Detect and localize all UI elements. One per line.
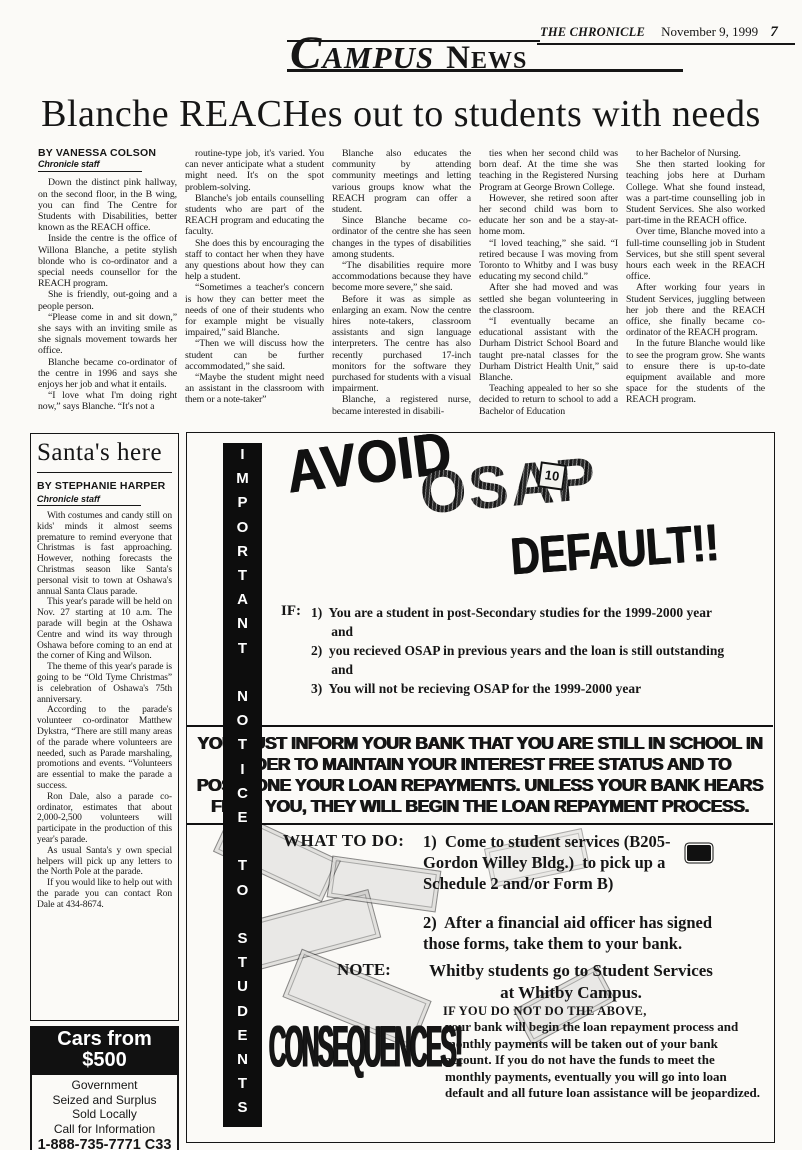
paragraph: and xyxy=(311,660,761,679)
column-text: ties when her second child was born deaf… xyxy=(479,148,618,417)
osap-notice-ad: I M P O R T A N T N O T I C E T O S T U … xyxy=(186,432,775,1143)
paragraph: Teaching appealed to her so she decided … xyxy=(479,383,618,417)
paragraph: “Sometimes a teacher's concern is how th… xyxy=(185,282,324,338)
consequences-text: your bank will begin the loan repayment … xyxy=(445,1019,763,1102)
paragraph: She is friendly, out-going and a people … xyxy=(38,289,177,311)
paragraph: “I love what I'm doing right now,” says … xyxy=(38,390,177,412)
money-icon xyxy=(687,845,711,861)
important-notice-vertical-banner: I M P O R T A N T N O T I C E T O S T U … xyxy=(223,443,262,1127)
byline-name: BY STEPHANIE HARPER xyxy=(37,480,165,492)
paper-name: THE CHRONICLE xyxy=(540,25,645,40)
paragraph: “Please come in and sit down,” she says … xyxy=(38,312,177,357)
page-number: 7 xyxy=(770,24,778,41)
paragraph: “Then we will discuss how the student ca… xyxy=(185,338,324,372)
paragraph: Government xyxy=(33,1078,176,1093)
if-conditions-section: IF: 1) You are a student in post-Seconda… xyxy=(281,603,761,698)
osap-title: OSAP xyxy=(417,443,600,527)
column-text: Blanche also educates the community by a… xyxy=(332,148,471,417)
santa-article-box: Santa's here BY STEPHANIE HARPER Chronic… xyxy=(30,433,179,1021)
running-head: THE CHRONICLE November 9, 1999 7 xyxy=(540,24,790,41)
section-title: CAMPUS xyxy=(290,26,434,80)
if-label: IF: xyxy=(281,603,311,698)
paragraph: However, she retired soon after her seco… xyxy=(479,193,618,238)
paragraph: This year's parade will be held on Nov. … xyxy=(37,597,172,662)
article-column-4: ties when her second child was born deaf… xyxy=(479,148,618,430)
bank-warning-banner: YOU MUST INFORM YOUR BANK THAT YOU ARE S… xyxy=(187,725,773,825)
paragraph: After she had moved and was settled she … xyxy=(479,282,618,316)
paragraph: Blanche, a registered nurse, became inte… xyxy=(332,394,471,416)
cars-ad-body: GovernmentSeized and SurplusSold Locally… xyxy=(30,1075,179,1150)
paragraph: Inside the centre is the office of Willo… xyxy=(38,233,177,289)
article-column-2: routine-type job, it's varied. You can n… xyxy=(185,148,324,430)
paragraph: Since Blanche became co-ordinator of the… xyxy=(332,215,471,260)
paragraph: She then started looking for teaching jo… xyxy=(626,159,765,226)
paragraph: “Maybe the student might need an assista… xyxy=(185,372,324,406)
what-to-do-label: WHAT TO DO: xyxy=(283,831,423,972)
paragraph: ties when her second child was born deaf… xyxy=(479,148,618,193)
cars-ad-header: Cars from $500 xyxy=(30,1026,179,1075)
paragraph: If you would like to help out with the p… xyxy=(37,878,172,910)
paragraph: Blanche's job entails counselling studen… xyxy=(185,193,324,238)
byline-role: Chronicle staff xyxy=(38,159,142,172)
paragraph: 2) you recieved OSAP in previous years a… xyxy=(311,641,761,660)
paragraph: Seized and Surplus xyxy=(33,1093,176,1108)
paragraph: The theme of this year's parade is going… xyxy=(37,662,172,705)
article-column-3: Blanche also educates the community by a… xyxy=(332,148,471,430)
paragraph: 1) Come to student services (B205-Gordon… xyxy=(423,831,723,894)
article-headline: Blanche REACHes out to students with nee… xyxy=(0,92,802,136)
paragraph: and xyxy=(311,622,761,641)
cars-ad-lines: GovernmentSeized and SurplusSold Locally… xyxy=(33,1078,176,1136)
paragraph: to her Bachelor of Nursing. xyxy=(626,148,765,159)
masthead-rule-bottom xyxy=(287,69,683,72)
paragraph: Before it was as simple as enlarging an … xyxy=(332,294,471,395)
note-text: Whitby students go to Student Services a… xyxy=(421,960,721,1004)
cars-ad-title-line2: $500 xyxy=(30,1050,179,1071)
paragraph: Blanche also educates the community by a… xyxy=(332,148,471,215)
what-to-do-section: WHAT TO DO: 1) Come to student services … xyxy=(283,831,723,972)
note-label: NOTE: xyxy=(337,960,391,980)
paragraph: With costumes and candy still on kids' m… xyxy=(37,511,172,597)
santa-article-text: With costumes and candy still on kids' m… xyxy=(37,511,172,910)
if-conditions-list: 1) You are a student in post-Secondary s… xyxy=(311,603,761,698)
paragraph: Ron Dale, also a parade co-ordinator, es… xyxy=(37,792,172,846)
paragraph: She does this by encouraging the staff t… xyxy=(185,238,324,283)
paragraph: In the future Blanche would like to see … xyxy=(626,338,765,405)
paragraph: 2) After a financial aid officer has sig… xyxy=(423,912,723,954)
byline: BY VANESSA COLSON Chronicle staff xyxy=(38,148,177,172)
paragraph: “The disabilities require more accommoda… xyxy=(332,260,471,294)
column-text: routine-type job, it's varied. You can n… xyxy=(185,148,324,406)
ten-dollar-badge: 10 xyxy=(537,461,566,490)
paragraph: Blanche became co-ordinator of the centr… xyxy=(38,357,177,391)
paragraph: 3) You will not be recieving OSAP for th… xyxy=(311,679,761,698)
cars-ad-phone: 1-888-735-7771 C33 xyxy=(33,1137,176,1150)
paragraph: Sold Locally xyxy=(33,1107,176,1122)
paragraph: Down the distinct pink hallway, on the s… xyxy=(38,177,177,233)
paragraph: “I loved teaching,” she said. “I retired… xyxy=(479,238,618,283)
cars-classified-ad: Cars from $500 GovernmentSeized and Surp… xyxy=(30,1026,179,1150)
paragraph: Over time, Blanche moved into a full-tim… xyxy=(626,226,765,282)
article-columns: BY VANESSA COLSON Chronicle staff Down t… xyxy=(38,148,765,430)
cars-ad-title-line1: Cars from xyxy=(30,1029,179,1050)
paragraph: Call for Information xyxy=(33,1122,176,1137)
paragraph: After working four years in Student Serv… xyxy=(626,282,765,338)
section-masthead: CAMPUS NEWS xyxy=(290,26,527,72)
column-text: to her Bachelor of Nursing.She then star… xyxy=(626,148,765,406)
paragraph: routine-type job, it's varied. You can n… xyxy=(185,148,324,193)
default-title: DEFAULT!! xyxy=(509,514,721,587)
consequences-title: CONSEQUENCES! xyxy=(269,1015,462,1084)
what-to-do-steps: 1) Come to student services (B205-Gordon… xyxy=(423,831,723,972)
santa-headline: Santa's here xyxy=(37,439,172,473)
article-column-5: to her Bachelor of Nursing.She then star… xyxy=(626,148,765,430)
column-text: Down the distinct pink hallway, on the s… xyxy=(38,177,177,412)
byline-name: BY VANESSA COLSON xyxy=(38,148,156,159)
paragraph: “I eventually became an educational assi… xyxy=(479,316,618,383)
newspaper-page: THE CHRONICLE November 9, 1999 7 CAMPUS … xyxy=(0,0,802,1150)
paragraph: 1) You are a student in post-Secondary s… xyxy=(311,603,761,622)
paragraph: As usual Santa's y own special helpers w… xyxy=(37,846,172,878)
article-column-1: BY VANESSA COLSON Chronicle staff Down t… xyxy=(38,148,177,430)
consequences-intro: IF YOU DO NOT DO THE ABOVE, xyxy=(443,1004,647,1019)
issue-date: November 9, 1999 xyxy=(661,24,758,40)
running-head-rule xyxy=(537,43,795,45)
byline-role: Chronicle staff xyxy=(37,494,141,506)
paragraph: According to the parade's volunteer co-o… xyxy=(37,705,172,791)
byline: BY STEPHANIE HARPER Chronicle staff xyxy=(37,476,172,506)
